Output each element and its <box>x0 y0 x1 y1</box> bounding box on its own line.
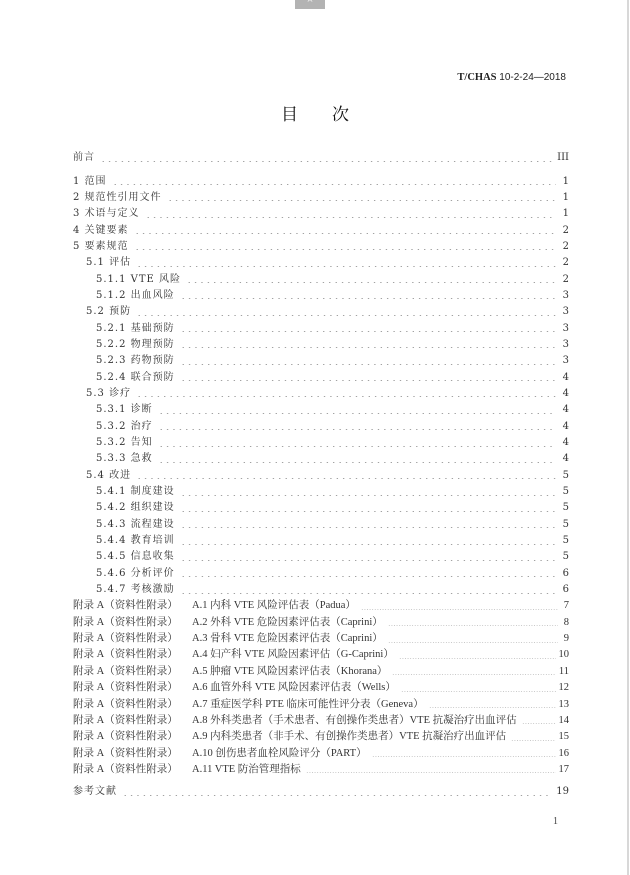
toc-entry-appendix[interactable]: 附录 A（资料性附录）A.9 内科类患者（非手术、有创操作类患者）VTE 抗凝治… <box>73 729 569 745</box>
toc-entry[interactable]: 5.3.3 急救4 <box>73 451 569 467</box>
toc-entry-label: 附录 A（资料性附录）A.8 外科类患者（手术患者、有创操作类患者）VTE 抗凝… <box>73 714 520 728</box>
dot-leader <box>401 691 556 692</box>
page-number: 1 <box>553 816 558 827</box>
appendix-prefix: 附录 A（资料性附录） <box>73 747 192 761</box>
toc-entry-label: 附录 A（资料性附录）A.4 妇产科 VTE 风险因素评估（G-Caprini） <box>73 648 397 662</box>
appendix-prefix: 附录 A（资料性附录） <box>73 714 192 728</box>
table-of-contents: 前言III1 范围12 规范性引用文件13 术语与定义14 关键要素25 要素规… <box>73 150 569 800</box>
toc-entry-label: 5.2.2 物理预防 <box>96 338 178 352</box>
dot-leader <box>167 200 556 201</box>
toc-entry-page: 1 <box>558 191 569 205</box>
toc-entry-appendix[interactable]: 附录 A（资料性附录）A.8 外科类患者（手术患者、有创操作类患者）VTE 抗凝… <box>73 713 569 729</box>
toc-entry[interactable]: 5.4.4 教育培训5 <box>73 533 569 549</box>
toc-entry[interactable]: 5.1.2 出血风险3 <box>73 288 569 304</box>
toc-entry-page: 4 <box>558 403 569 417</box>
toc-entry-page: 2 <box>558 273 569 287</box>
toc-entry[interactable]: 5.2 预防3 <box>73 304 569 320</box>
toc-entry-label: 5.3.2 告知 <box>96 436 156 450</box>
dot-leader <box>429 707 556 708</box>
dot-leader <box>158 413 556 414</box>
toc-entry-appendix[interactable]: 附录 A（资料性附录）A.4 妇产科 VTE 风险因素评估（G-Caprini）… <box>73 647 569 663</box>
toc-entry-page: 3 <box>558 289 569 303</box>
toc-entry[interactable]: 1 范围1 <box>73 173 569 189</box>
toc-entry-label: 附录 A（资料性附录）A.3 骨科 VTE 危险因素评估表（Caprini） <box>73 632 386 646</box>
dot-leader <box>306 772 556 773</box>
toc-entry-appendix[interactable]: 附录 A（资料性附录）A.5 肿瘤 VTE 风险因素评估表（Khorana）11 <box>73 664 569 680</box>
toc-entry-label: 5.4.3 流程建设 <box>96 518 178 532</box>
toc-entry[interactable]: 5.4 改进5 <box>73 468 569 484</box>
title-char-2: 次 <box>332 100 349 125</box>
toc-entry-page: 9 <box>560 632 569 646</box>
toc-entry-page: 3 <box>558 305 569 319</box>
toc-entry-label: 附录 A（资料性附录）A.11 VTE 防治管理指标 <box>73 763 304 777</box>
dot-leader <box>180 593 556 594</box>
toc-entry-label: 5.2.1 基础预防 <box>96 322 178 336</box>
dot-leader <box>100 161 552 162</box>
toc-entry-page: 2 <box>558 240 569 254</box>
toc-entry-label: 5.4.5 信息收集 <box>96 550 178 564</box>
dot-leader <box>145 217 556 218</box>
toc-entry-label: 前言 <box>73 151 98 165</box>
toc-entry[interactable]: 5.4.7 考核激励6 <box>73 582 569 598</box>
document-code: T/CHAS 10-2-24—2018 <box>457 72 566 83</box>
toc-entry-appendix[interactable]: 附录 A（资料性附录）A.1 内科 VTE 风险评估表（Padua）7 <box>73 598 569 614</box>
toc-entry[interactable]: 5.2.4 联合预防4 <box>73 369 569 385</box>
toc-entry-label: 5.4 改进 <box>86 469 134 483</box>
dot-leader <box>180 544 556 545</box>
toc-entry-page: 5 <box>558 485 569 499</box>
appendix-prefix: 附录 A（资料性附录） <box>73 763 192 777</box>
dot-leader <box>134 233 556 234</box>
appendix-title: A.11 VTE 防治管理指标 <box>192 764 301 775</box>
toc-entry-label: 5.3.1 诊断 <box>96 403 156 417</box>
chevron-up-icon: ^ <box>307 0 314 7</box>
toc-entry-page: 4 <box>558 436 569 450</box>
toc-entry-references[interactable]: 参考文献19 <box>73 784 569 800</box>
toc-entry-page: 10 <box>558 648 570 662</box>
toc-entry-label: 5.3.3 急救 <box>96 452 156 466</box>
toc-entry[interactable]: 5.4.2 组织建设5 <box>73 500 569 516</box>
toc-entry-page: 4 <box>558 371 569 385</box>
dot-leader <box>372 756 556 757</box>
toc-entry-label: 5.2.3 药物预防 <box>96 354 178 368</box>
toc-entry-page: 1 <box>558 175 569 189</box>
dot-leader <box>180 347 556 348</box>
dot-leader <box>180 495 556 496</box>
toc-entry-page: 14 <box>558 714 570 728</box>
dot-leader <box>180 364 556 365</box>
toc-entry-page: 3 <box>558 354 569 368</box>
toc-entry[interactable]: 5 要素规范2 <box>73 239 569 255</box>
dot-leader <box>136 266 556 267</box>
toc-entry-page: 5 <box>558 534 569 548</box>
toc-entry-page: 3 <box>558 338 569 352</box>
appendix-title: A.6 血管外科 VTE 风险因素评估表（Wells） <box>192 682 396 693</box>
toc-entry-page: 11 <box>558 665 569 679</box>
appendix-prefix: 附录 A（资料性附录） <box>73 665 192 679</box>
scroll-up-tab[interactable]: ^ <box>295 0 325 9</box>
toc-entry-page: 4 <box>558 420 569 434</box>
toc-entry-label: 附录 A（资料性附录）A.6 血管外科 VTE 风险因素评估表（Wells） <box>73 681 399 695</box>
toc-entry-page: 13 <box>558 698 570 712</box>
toc-entry-page: 5 <box>558 469 569 483</box>
dot-leader <box>180 380 556 381</box>
toc-entry-label: 附录 A（资料性附录）A.2 外科 VTE 危险因素评估表（Caprini） <box>73 616 386 630</box>
toc-entry-page: 4 <box>558 387 569 401</box>
dot-leader <box>136 478 556 479</box>
toc-entry-label: 5.4.7 考核激励 <box>96 583 178 597</box>
toc-entry-appendix[interactable]: 附录 A（资料性附录）A.11 VTE 防治管理指标17 <box>73 762 569 778</box>
toc-entry-page: 5 <box>558 518 569 532</box>
toc-entry[interactable]: 5.4.1 制度建设5 <box>73 484 569 500</box>
toc-entry[interactable]: 5.3 诊疗4 <box>73 386 569 402</box>
toc-entry-page: III <box>554 151 569 165</box>
appendix-prefix: 附录 A（资料性附录） <box>73 730 192 744</box>
toc-entry[interactable]: 2 规范性引用文件1 <box>73 190 569 206</box>
dot-leader <box>399 658 556 659</box>
dot-leader <box>180 331 556 332</box>
appendix-title: A.10 创伤患者血栓风险评分（PART） <box>192 748 367 759</box>
dot-leader <box>388 642 558 643</box>
dot-leader <box>158 446 556 447</box>
toc-entry-page: 17 <box>558 763 570 777</box>
dot-leader <box>122 795 551 796</box>
dot-leader <box>112 184 556 185</box>
page-title: 目次 <box>0 100 630 125</box>
dot-leader <box>158 462 556 463</box>
title-char-1: 目 <box>281 100 298 125</box>
dot-leader <box>134 249 556 250</box>
toc-entry-appendix[interactable]: 附录 A（资料性附录）A.10 创伤患者血栓风险评分（PART）16 <box>73 745 569 761</box>
toc-entry-page: 19 <box>553 785 569 799</box>
toc-entry-page: 16 <box>558 747 570 761</box>
toc-entry-label: 2 规范性引用文件 <box>73 191 165 205</box>
dot-leader <box>522 723 556 724</box>
appendix-prefix: 附录 A（资料性附录） <box>73 698 192 712</box>
appendix-title: A.8 外科类患者（手术患者、有创操作类患者）VTE 抗凝治疗出血评估 <box>192 715 517 726</box>
toc-entry[interactable]: 4 关键要素2 <box>73 222 569 238</box>
toc-entry-page: 6 <box>558 583 569 597</box>
appendix-prefix: 附录 A（资料性附录） <box>73 599 192 613</box>
dot-leader <box>186 282 556 283</box>
toc-entry[interactable]: 5.3.2 告知4 <box>73 435 569 451</box>
toc-entry-label: 3 术语与定义 <box>73 207 143 221</box>
toc-entry-page: 8 <box>560 616 569 630</box>
dot-leader <box>180 527 556 528</box>
toc-entry-label: 5.4.6 分析评价 <box>96 567 178 581</box>
toc-entry-page: 5 <box>558 501 569 515</box>
toc-entry-appendix[interactable]: 附录 A（资料性附录）A.2 外科 VTE 危险因素评估表（Caprini）8 <box>73 615 569 631</box>
appendix-prefix: 附录 A（资料性附录） <box>73 681 192 695</box>
dot-leader <box>388 625 558 626</box>
toc-entry[interactable]: 5.2.2 物理预防3 <box>73 337 569 353</box>
appendix-title: A.3 骨科 VTE 危险因素评估表（Caprini） <box>192 633 383 644</box>
toc-entry[interactable]: 5.1 评估2 <box>73 255 569 271</box>
toc-entry[interactable]: 5.1.1 VTE 风险2 <box>73 271 569 287</box>
toc-entry-label: 附录 A（资料性附录）A.7 重症医学科 PTE 临床可能性评分表（Geneva… <box>73 698 427 712</box>
toc-entry-label: 5.4.4 教育培训 <box>96 534 178 548</box>
dot-leader <box>361 609 558 610</box>
toc-entry-label: 附录 A（资料性附录）A.1 内科 VTE 风险评估表（Padua） <box>73 599 359 613</box>
appendix-title: A.9 内科类患者（非手术、有创操作类患者）VTE 抗凝治疗出血评估 <box>192 731 506 742</box>
toc-entry-label: 5 要素规范 <box>73 240 132 254</box>
toc-entry-foreword[interactable]: 前言III <box>73 150 569 166</box>
dot-leader <box>158 429 556 430</box>
dot-leader <box>136 315 556 316</box>
toc-entry[interactable]: 5.4.6 分析评价6 <box>73 566 569 582</box>
toc-entry-appendix[interactable]: 附录 A（资料性附录）A.7 重症医学科 PTE 临床可能性评分表（Geneva… <box>73 696 569 712</box>
toc-entry-page: 7 <box>560 599 569 613</box>
toc-entry-label: 5.4.1 制度建设 <box>96 485 178 499</box>
toc-entry-page: 3 <box>558 322 569 336</box>
toc-entry-page: 5 <box>558 550 569 564</box>
toc-entry-label: 5.1.1 VTE 风险 <box>96 273 184 287</box>
dot-leader <box>180 560 556 561</box>
appendix-title: A.2 外科 VTE 危险因素评估表（Caprini） <box>192 617 383 628</box>
toc-entry-appendix[interactable]: 附录 A（资料性附录）A.3 骨科 VTE 危险因素评估表（Caprini）9 <box>73 631 569 647</box>
toc-entry-page: 6 <box>558 567 569 581</box>
toc-entry-label: 附录 A（资料性附录）A.5 肿瘤 VTE 风险因素评估表（Khorana） <box>73 665 390 679</box>
appendix-prefix: 附录 A（资料性附录） <box>73 616 192 630</box>
toc-entry-label: 5.4.2 组织建设 <box>96 501 178 515</box>
toc-entry[interactable]: 5.2.1 基础预防3 <box>73 320 569 336</box>
appendix-title: A.7 重症医学科 PTE 临床可能性评分表（Geneva） <box>192 699 424 710</box>
toc-entry-label: 5.1 评估 <box>86 256 134 270</box>
appendix-title: A.1 内科 VTE 风险评估表（Padua） <box>192 600 356 611</box>
toc-entry[interactable]: 5.4.5 信息收集5 <box>73 549 569 565</box>
dot-leader <box>136 396 556 397</box>
toc-entry[interactable]: 3 术语与定义1 <box>73 206 569 222</box>
toc-entry-label: 5.3.2 治疗 <box>96 420 156 434</box>
toc-entry-label: 4 关键要素 <box>73 224 132 238</box>
toc-entry-page: 4 <box>558 452 569 466</box>
toc-entry-page: 12 <box>558 681 570 695</box>
toc-entry-page: 2 <box>558 224 569 238</box>
toc-entry-label: 附录 A（资料性附录）A.10 创伤患者血栓风险评分（PART） <box>73 747 370 761</box>
appendix-prefix: 附录 A（资料性附录） <box>73 632 192 646</box>
page-edge-border <box>627 0 629 875</box>
doc-code-prefix: T/CHAS <box>457 72 496 83</box>
dot-leader <box>392 674 555 675</box>
toc-entry-label: 1 范围 <box>73 175 110 189</box>
toc-entry-appendix[interactable]: 附录 A（资料性附录）A.6 血管外科 VTE 风险因素评估表（Wells）12 <box>73 680 569 696</box>
appendix-title: A.4 妇产科 VTE 风险因素评估（G-Caprini） <box>192 649 394 660</box>
toc-entry[interactable]: 5.3.2 治疗4 <box>73 419 569 435</box>
dot-leader <box>180 511 556 512</box>
toc-entry[interactable]: 5.2.3 药物预防3 <box>73 353 569 369</box>
toc-entry-page: 15 <box>558 730 570 744</box>
toc-entry[interactable]: 5.3.1 诊断4 <box>73 402 569 418</box>
toc-entry-label: 5.2.4 联合预防 <box>96 371 178 385</box>
appendix-prefix: 附录 A（资料性附录） <box>73 648 192 662</box>
toc-entry[interactable]: 5.4.3 流程建设5 <box>73 517 569 533</box>
dot-leader <box>180 576 556 577</box>
doc-code-number: 10-2-24—2018 <box>499 72 566 83</box>
appendix-title: A.5 肿瘤 VTE 风险因素评估表（Khorana） <box>192 666 387 677</box>
toc-entry-label: 5.2 预防 <box>86 305 134 319</box>
dot-leader <box>180 298 556 299</box>
toc-entry-label: 5.3 诊疗 <box>86 387 134 401</box>
dot-leader <box>511 740 555 741</box>
toc-entry-page: 1 <box>558 207 569 221</box>
toc-entry-label: 参考文献 <box>73 785 120 799</box>
toc-entry-label: 附录 A（资料性附录）A.9 内科类患者（非手术、有创操作类患者）VTE 抗凝治… <box>73 730 509 744</box>
toc-entry-page: 2 <box>558 256 569 270</box>
toc-entry-label: 5.1.2 出血风险 <box>96 289 178 303</box>
